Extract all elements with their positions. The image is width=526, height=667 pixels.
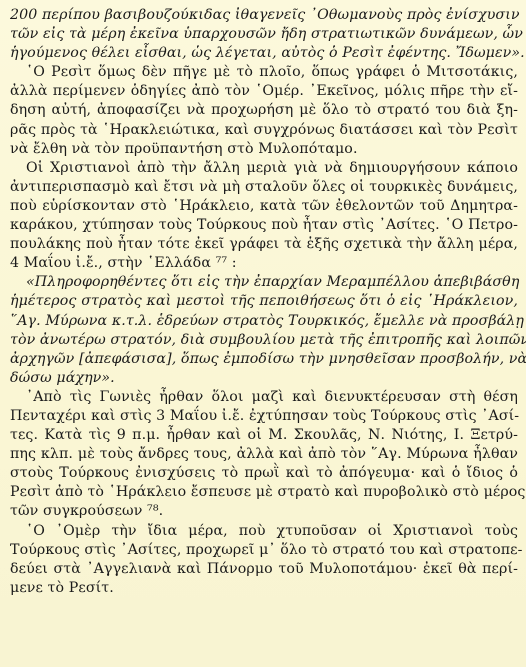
text-line: πουλάκης ποὺ ἦταν τότε ἐκεῖ γράφει τὰ ἑξ… [10,235,518,254]
paragraph-petropoulakis-quote: «Πληροφορηθέντες ὅτι εἰς τὴν ἐπαρχίαν Με… [10,273,518,388]
text-line: 4 Μαΐου ἰ.ἔ., στὴν ῾Ελλάδα ⁷⁷ : [10,254,518,273]
text-line: τὸν ἀνωτέρω στρατόν, διὰ συμβουλίου μετὰ… [10,331,518,350]
paragraph-omer-advance: ῾Ο ᾿Ομὲρ τὴν ἴδια μέρα, ποὺ χτυποῦσαν οἱ… [10,522,518,598]
text-line: ῾Ο ᾿Ομὲρ τὴν ἴδια μέρα, ποὺ χτυποῦσαν οἱ… [10,522,518,541]
scanned-book-page: 200 περίπου βασιβουζούκιδας ἰθαγενεῖς ᾿Ο… [0,0,526,667]
paragraph-christians-diversion: Οἱ Χριστιανοὶ ἀπὸ τὴν ἄλλη μεριὰ γιὰ νὰ … [10,159,518,274]
text-line: μενε τὸ Ρεσίτ. [10,579,518,598]
text-line: δεύει στὰ ᾿Αγγελιανὰ καὶ Πάνορμο τοῦ Μυλ… [10,560,518,579]
paragraph-quote-continuation: 200 περίπου βασιβουζούκιδας ἰθαγενεῖς ᾿Ο… [10,6,518,63]
text-line: ρᾶς πρὸς τὰ ῾Ηρακλειώτικα, καὶ συγχρόνως… [10,121,518,140]
text-line: Πενταχέρι καὶ στὶς 3 Μαΐου ἰ.ἔ. ἐχτύπησα… [10,407,518,426]
text-line: Τούρκους στὶς ᾿Ασίτες, προχωρεῖ μ᾿ ὅλο τ… [10,541,518,560]
text-line: ᾿Απὸ τὶς Γωνιὲς ἦρθαν ὅλοι μαζὶ καὶ διεν… [10,388,518,407]
text-line: «Πληροφορηθέντες ὅτι εἰς τὴν ἐπαρχίαν Με… [10,273,518,292]
text-line: Οἱ Χριστιανοὶ ἀπὸ τὴν ἄλλη μεριὰ γιὰ νὰ … [10,159,518,178]
paragraph-gonies-battle: ᾿Απὸ τὶς Γωνιὲς ἦρθαν ὅλοι μαζὶ καὶ διεν… [10,388,518,522]
text-line: καράκου, χτύπησαν τοὺς Τούρκους ποὺ ἦταν… [10,216,518,235]
text-line: δώσω μάχην». [10,369,518,388]
text-line: δηση αὐτή, ἀποφασίζει νὰ προχωρήση μὲ ὅλ… [10,101,518,120]
text-line: ῾Ο Ρεσὶτ ὅμως δὲν πῆγε μὲ τὸ πλοῖο, ὅπως… [10,63,518,82]
text-line: ἀρχηγῶν [ἀπεφάσισα], ὅπως ἐμποδίσω τὴν μ… [10,350,518,369]
text-line: ἀντιπερισπασμὸ καὶ ἔτσι νὰ μὴ σταλοῦν ὅλ… [10,178,518,197]
text-line: Ρεσὶτ ἀπὸ τὸ ῾Ηράκλειο ἔσπευσε μὲ στρατὸ… [10,483,518,502]
text-line: στοὺς Τούρκους ἐνισχύσεις τὸ πρωῒ καὶ τὸ… [10,464,518,483]
text-line: ἀλλὰ περίμενεν ὁδηγίες ἀπὸ τὸν ῾Ομέρ. ᾿Ε… [10,82,518,101]
text-line: τῶν συγκρούσεων ⁷⁸. [10,502,518,521]
text-line: τῶν εἰς τὰ μέρη ἐκεῖνα ὑπαρχουσῶν ἤδη στ… [10,25,518,44]
text-line: τες. Κατὰ τὶς 9 π.μ. ἦρθαν καὶ οἱ Μ. Σκο… [10,426,518,445]
text-line: ῞Αγ. Μύρωνα κ.τ.λ. ἑδρεύων στρατὸς Τουρκ… [10,312,518,331]
page-text: 200 περίπου βασιβουζούκιδας ἰθαγενεῖς ᾿Ο… [10,6,518,598]
text-line: ποὺ εὑρίσκονταν στὸ ῾Ηράκλειο, κατὰ τῶν … [10,197,518,216]
text-line: πης κλπ. μὲ τοὺς ἄνδρες τους, ἀλλὰ καὶ ἀ… [10,445,518,464]
paragraph-reshit-ship: ῾Ο Ρεσὶτ ὅμως δὲν πῆγε μὲ τὸ πλοῖο, ὅπως… [10,63,518,158]
text-line: ἡγούμενος θέλει εἶσθαι, ὡς λέγεται, αὐτὸ… [10,44,518,63]
text-line: 200 περίπου βασιβουζούκιδας ἰθαγενεῖς ᾿Ο… [10,6,518,25]
text-line: ἡμέτερος στρατὸς καὶ μεστοὶ τῆς πεποιθήσ… [10,292,518,311]
text-line: νὰ ἔλθη νὰ τὸν προϋπαντήση στὸ Μυλοπόταμ… [10,140,518,159]
